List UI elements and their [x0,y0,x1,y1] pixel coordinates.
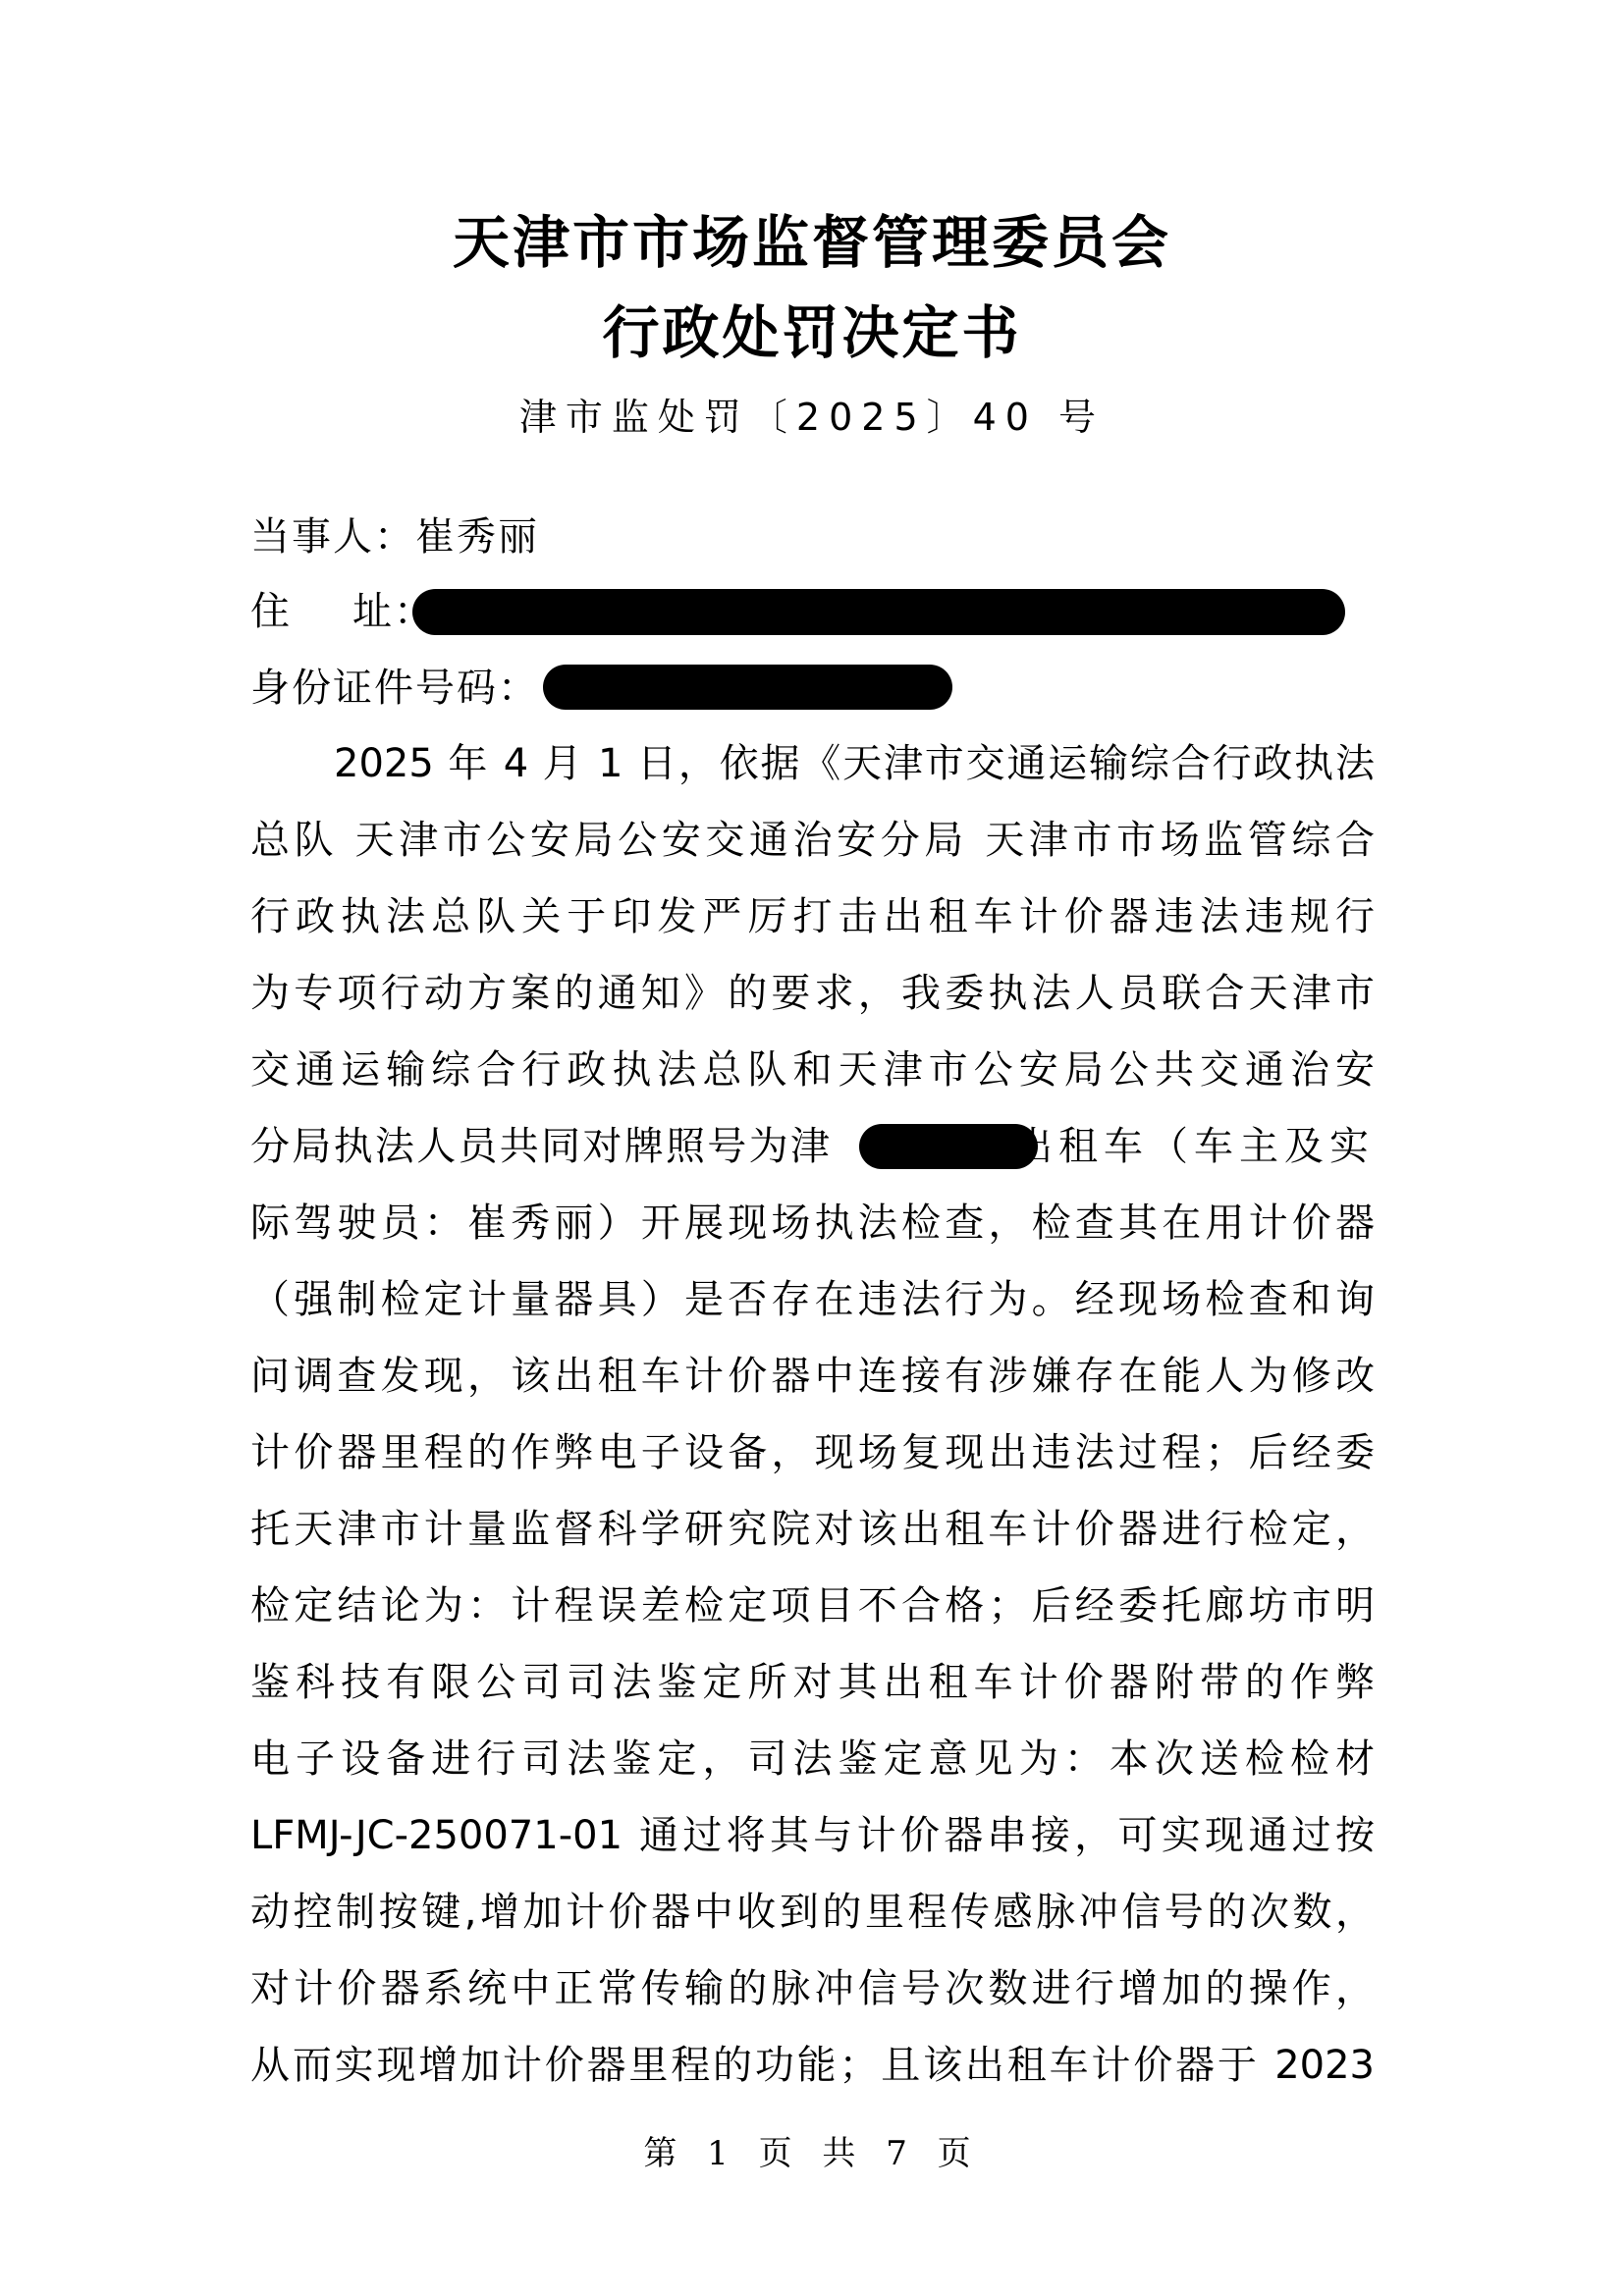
id-number-field: 身份证件号码： [250,664,539,713]
body-line-14: 电子设备进行司法鉴定，司法鉴定意见为：本次送检检材 [250,1735,1375,1793]
body-line-8: （强制检定计量器具）是否存在违法行为。经现场检查和询 [250,1275,1375,1334]
document-title-line-1: 天津市市场监督管理委员会 [0,210,1624,275]
document-number: 津市监处罚〔2025〕40 号 [0,393,1624,442]
party-field: 当事人：崔秀丽 [250,512,539,561]
body-line-16: 动控制按键,增加计价器中收到的里程传感脉冲信号的次数， [250,1888,1375,1947]
body-line-4: 为专项行动方案的通知》的要求，我委执法人员联合天津市 [250,969,1375,1028]
address-redaction [412,589,1345,635]
body-line-6-before-plate: 分局执法人员共同对牌照号为津 [250,1122,832,1181]
address-label-1: 住 [250,589,292,634]
body-line-2: 总队 天津市公安局公安交通治安分局 天津市市场监管综合 [250,816,1375,875]
body-line-7: 际驾驶员：崔秀丽）开展现场执法检查，检查其在用计价器 [250,1199,1375,1257]
body-line-6-after-plate: 出租车（车主及实 [1013,1122,1375,1181]
body-line-1: 2025 年 4 月 1 日，依据《天津市交通运输综合行政执法 [334,739,1375,798]
license-plate-redaction [859,1124,1038,1169]
document-title-line-2: 行政处罚决定书 [0,300,1624,365]
body-line-6: 分局执法人员共同对牌照号为津 出租车（车主及实 [250,1122,1375,1181]
id-number-redaction [543,665,952,710]
body-line-13: 鉴科技有限公司司法鉴定所对其出租车计价器附带的作弊 [250,1658,1375,1717]
body-line-12: 检定结论为：计程误差检定项目不合格；后经委托廊坊市明 [250,1581,1375,1640]
party-label: 当事人： [250,514,415,560]
body-line-11: 托天津市计量监督科学研究院对该出租车计价器进行检定， [250,1505,1375,1564]
body-line-18: 从而实现增加计价器里程的功能；且该出租车计价器于 2023 [250,2041,1375,2100]
id-label: 身份证件号码： [250,666,539,711]
body-line-10: 计价器里程的作弊电子设备，现场复现出违法过程；后经委 [250,1428,1375,1487]
address-field: 住址： [250,587,435,636]
party-name: 崔秀丽 [415,514,539,560]
body-line-15: LFMJ-JC-250071-01 通过将其与计价器串接，可实现通过按 [250,1811,1375,1870]
body-line-5: 交通运输综合行政执法总队和天津市公安局公共交通治安 [250,1045,1375,1104]
body-line-9: 问调查发现，该出租车计价器中连接有涉嫌存在能人为修改 [250,1352,1375,1411]
page-indicator: 第 1 页 共 7 页 [0,2132,1624,2175]
body-line-17: 对计价器系统中正常传输的脉冲信号次数进行增加的操作， [250,1964,1375,2023]
body-line-3: 行政执法总队关于印发严厉打击出租车计价器违法违规行 [250,892,1375,951]
